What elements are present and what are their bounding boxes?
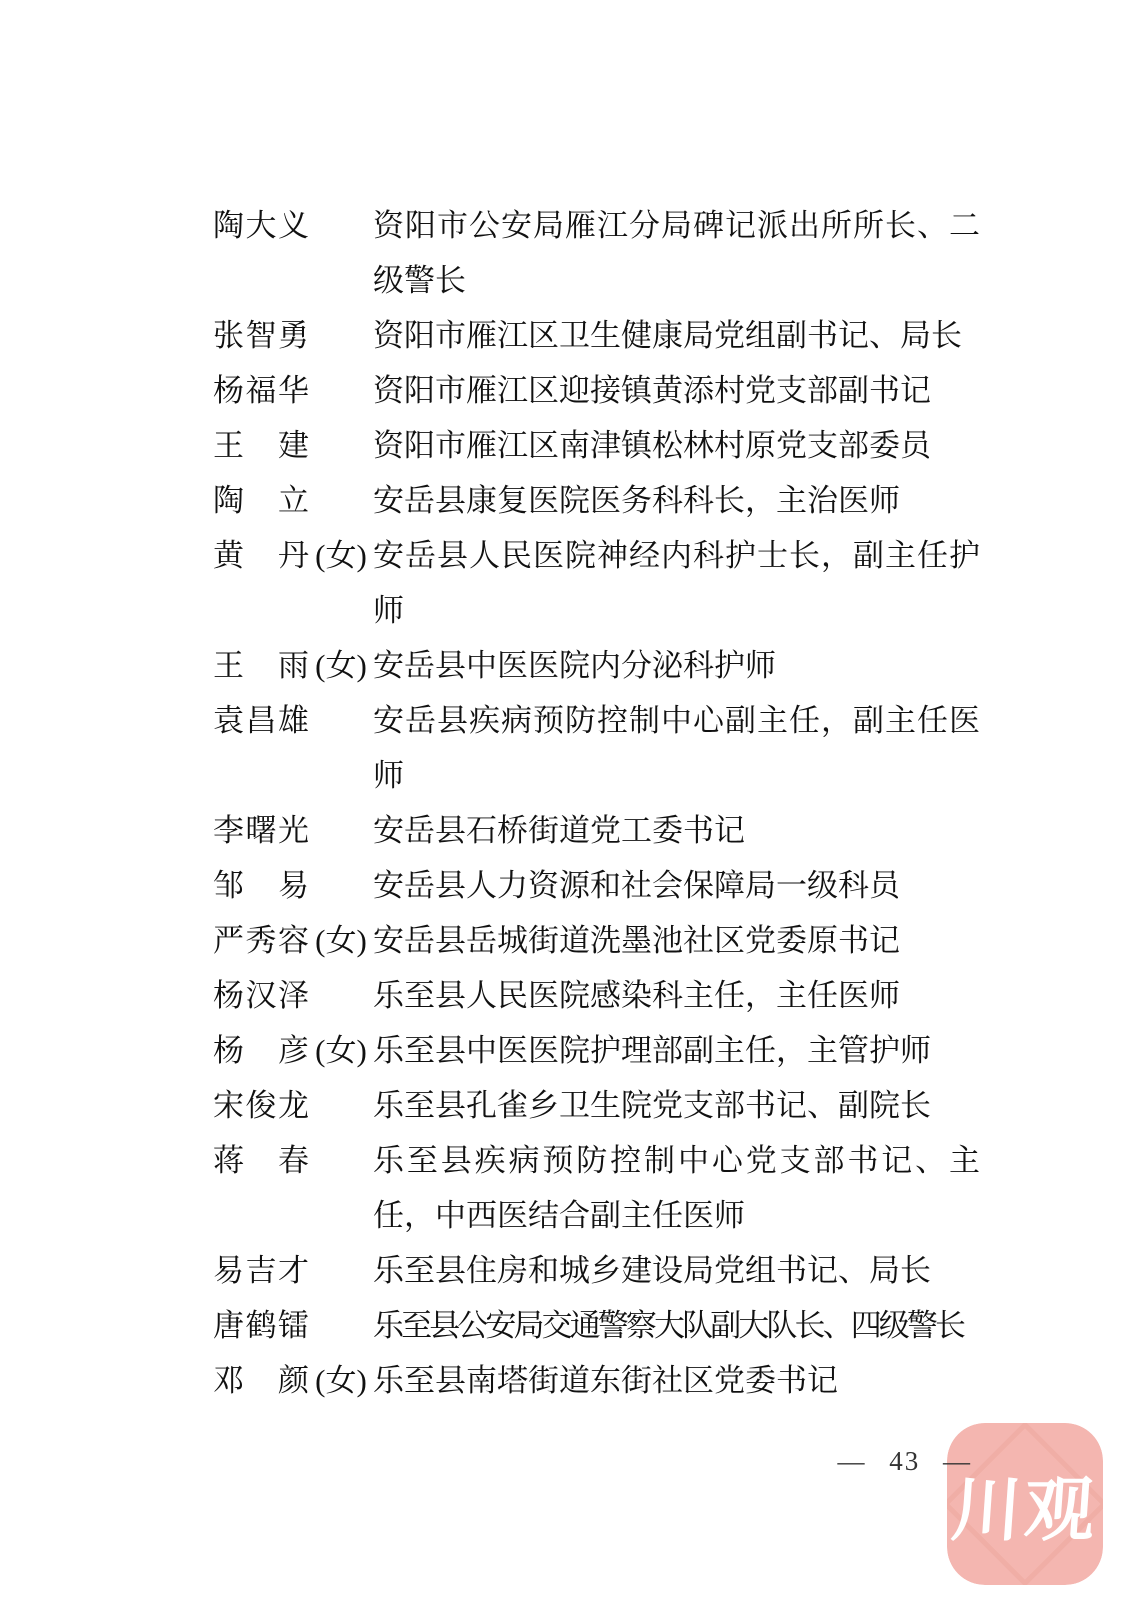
person-position: 乐至县中医医院护理部副主任，主管护师 [373,1023,980,1078]
gender-marker: (女) [309,1023,373,1078]
list-item: 张智勇 资阳市雁江区卫生健康局党组副书记、局长 [213,308,1003,363]
person-name: 张智勇 [213,308,309,363]
person-position: 安岳县康复医院医务科科长，主治医师 [373,473,980,528]
person-name: 蒋春 [213,1133,309,1188]
person-position: 安岳县人力资源和社会保障局一级科员 [373,858,980,913]
person-position: 乐至县南塔街道东街社区党委书记 [373,1353,980,1408]
list-item: 易吉才 乐至县住房和城乡建设局党组书记、局长 [213,1243,1003,1298]
list-item: 唐鹤镭 乐至县公安局交通警察大队副大队长、四级警长 [213,1298,1003,1353]
gender-marker: (女) [309,638,373,693]
person-name: 杨福华 [213,363,309,418]
person-position: 安岳县人民医院神经内科护士长，副主任护师 [373,528,980,638]
person-name: 严秀容 [213,913,309,968]
person-position: 安岳县中医医院内分泌科护师 [373,638,980,693]
list-item: 蒋春 乐至县疾病预防控制中心党支部书记、主任，中西医结合副主任医师 [213,1133,1003,1243]
person-name: 邓颜 [213,1353,309,1408]
person-position: 资阳市公安局雁江分局碑记派出所所长、二级警长 [373,198,980,308]
list-item: 陶大义 资阳市公安局雁江分局碑记派出所所长、二级警长 [213,198,1003,308]
person-position: 资阳市雁江区南津镇松林村原党支部委员 [373,418,980,473]
person-position: 安岳县石桥街道党工委书记 [373,803,980,858]
person-name: 陶大义 [213,198,309,253]
gender-marker: (女) [309,1353,373,1408]
list-item: 陶立 安岳县康复医院医务科科长，主治医师 [213,473,1003,528]
person-name: 李曙光 [213,803,309,858]
person-position: 乐至县住房和城乡建设局党组书记、局长 [373,1243,980,1298]
document-page: 陶大义 资阳市公安局雁江分局碑记派出所所长、二级警长 张智勇 资阳市雁江区卫生健… [0,0,1124,1600]
person-name: 杨彦 [213,1023,309,1078]
list-item: 杨福华 资阳市雁江区迎接镇黄添村党支部副书记 [213,363,1003,418]
person-position: 乐至县孔雀乡卫生院党支部书记、副院长 [373,1078,980,1133]
person-name: 邹易 [213,858,309,913]
person-name: 陶立 [213,473,309,528]
list-item: 李曙光 安岳县石桥街道党工委书记 [213,803,1003,858]
list-item: 严秀容 (女) 安岳县岳城街道洗墨池社区党委原书记 [213,913,1003,968]
person-name: 杨汉泽 [213,968,309,1023]
person-name: 王建 [213,418,309,473]
person-position: 资阳市雁江区卫生健康局党组副书记、局长 [373,308,980,363]
honor-roll-list: 陶大义 资阳市公安局雁江分局碑记派出所所长、二级警长 张智勇 资阳市雁江区卫生健… [213,198,1003,1408]
person-position: 乐至县疾病预防控制中心党支部书记、主任，中西医结合副主任医师 [373,1133,980,1243]
person-name: 唐鹤镭 [213,1298,309,1353]
list-item: 邓颜 (女) 乐至县南塔街道东街社区党委书记 [213,1353,1003,1408]
person-name: 袁昌雄 [213,693,309,748]
list-item: 邹易 安岳县人力资源和社会保障局一级科员 [213,858,1003,913]
person-position: 资阳市雁江区迎接镇黄添村党支部副书记 [373,363,980,418]
person-name: 王雨 [213,638,309,693]
person-name: 黄丹 [213,528,309,583]
person-position: 安岳县岳城街道洗墨池社区党委原书记 [373,913,980,968]
person-position: 乐至县公安局交通警察大队副大队长、四级警长 [373,1298,980,1353]
list-item: 杨彦 (女) 乐至县中医医院护理部副主任，主管护师 [213,1023,1003,1078]
list-item: 王雨 (女) 安岳县中医医院内分泌科护师 [213,638,1003,693]
list-item: 宋俊龙 乐至县孔雀乡卫生院党支部书记、副院长 [213,1078,1003,1133]
person-position: 乐至县人民医院感染科主任，主任医师 [373,968,980,1023]
person-position: 安岳县疾病预防控制中心副主任，副主任医师 [373,693,980,803]
list-item: 王建 资阳市雁江区南津镇松林村原党支部委员 [213,418,1003,473]
person-name: 易吉才 [213,1243,309,1298]
gender-marker: (女) [309,528,373,583]
list-item: 杨汉泽 乐至县人民医院感染科主任，主任医师 [213,968,1003,1023]
page-number: — 43 — [838,1446,973,1477]
gender-marker: (女) [309,913,373,968]
list-item: 黄丹 (女) 安岳县人民医院神经内科护士长，副主任护师 [213,528,1003,638]
list-item: 袁昌雄 安岳县疾病预防控制中心副主任，副主任医师 [213,693,1003,803]
person-name: 宋俊龙 [213,1078,309,1133]
